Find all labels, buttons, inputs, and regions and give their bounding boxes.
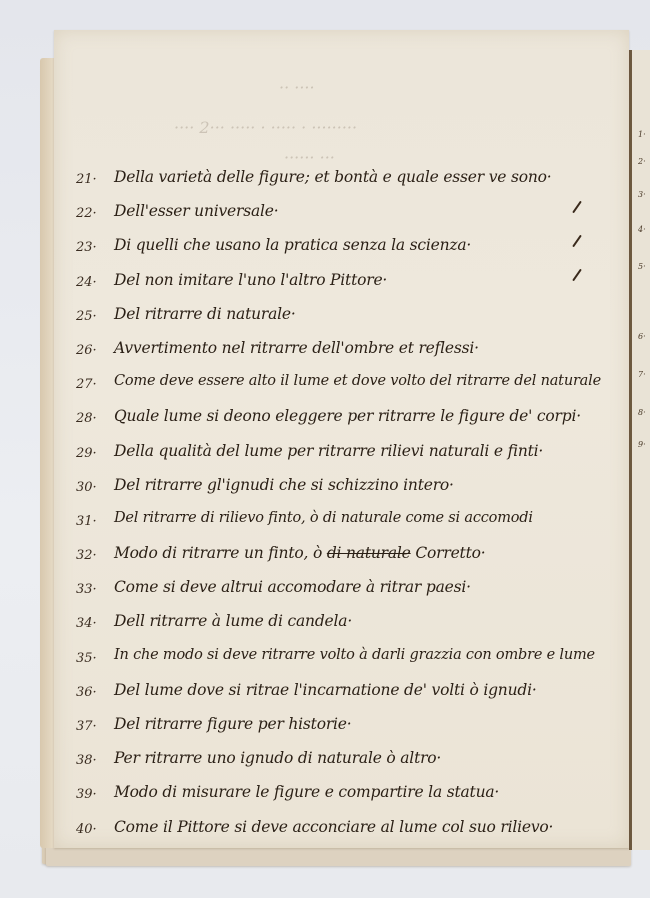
entry-number: 33·: [76, 582, 112, 597]
entry-text: Dell'esser universale·: [114, 202, 278, 220]
margin-number: 6·: [638, 332, 646, 341]
struck-out-text: di naturale: [327, 544, 411, 562]
list-item: 25·Del ritrarre di naturale·: [76, 303, 636, 337]
list-item: 33·Come si deve altrui accomodare à ritr…: [76, 576, 636, 610]
entry-text: Del ritrarre di rilievo finto, ò di natu…: [114, 510, 533, 526]
margin-number: 9·: [638, 440, 646, 449]
chapter-list: 21·Della varietà delle figure; et bontà …: [76, 166, 636, 850]
margin-number: 3·: [638, 190, 646, 199]
entry-number: 24·: [76, 275, 112, 290]
margin-number: 2·: [638, 157, 646, 166]
entry-text: Come il Pittore si deve acconciare al lu…: [114, 818, 553, 836]
entry-number: 37·: [76, 719, 112, 734]
entry-text: Quale lume si deono eleggere per ritrarr…: [114, 407, 581, 425]
entry-text: Come deve essere alto il lume et dove vo…: [114, 373, 601, 389]
entry-text: Modo di misurare le figure e compartire …: [114, 783, 499, 801]
entry-text: Per ritrarre uno ignudo di naturale ò al…: [114, 749, 441, 767]
entry-number: 38·: [76, 753, 112, 768]
bleed-through-text: ···· 2··· ····· · ····· · ·········: [174, 118, 357, 137]
list-item: 29·Della qualità del lume per ritrarre r…: [76, 440, 636, 474]
entry-number: 31·: [76, 514, 112, 529]
entry-number: 36·: [76, 685, 112, 700]
entry-text: Del ritrarre di naturale·: [114, 305, 296, 323]
entry-text-part: Modo di ritrarre un finto, ò: [114, 544, 327, 562]
entry-number: 39·: [76, 787, 112, 802]
entry-text: Del ritrarre figure per historie·: [114, 715, 352, 733]
list-item: 40·Come il Pittore si deve acconciare al…: [76, 816, 636, 850]
entry-number: 32·: [76, 548, 112, 563]
entry-number: 35·: [76, 651, 112, 666]
bleed-through-text: ······ ···: [284, 148, 335, 167]
list-item: 21·Della varietà delle figure; et bontà …: [76, 166, 636, 200]
list-item: 24·Del non imitare l'uno l'altro Pittore…: [76, 269, 636, 303]
list-item: 36·Del lume dove si ritrae l'incarnation…: [76, 679, 636, 713]
list-item: 31·Del ritrarre di rilievo finto, ò di n…: [76, 508, 636, 542]
entry-number: 28·: [76, 411, 112, 426]
entry-number: 23·: [76, 240, 112, 255]
list-item: 34·Dell ritrarre à lume di candela·: [76, 610, 636, 644]
list-item: 32·Modo di ritrarre un finto, ò di natur…: [76, 542, 636, 576]
entry-number: 22·: [76, 206, 112, 221]
list-item: 22·Dell'esser universale·: [76, 200, 636, 234]
entry-number: 27·: [76, 377, 112, 392]
entry-text: Avvertimento nel ritrarre dell'ombre et …: [114, 339, 479, 357]
entry-text-part: Corretto·: [411, 544, 486, 562]
entry-text: In che modo si deve ritrarre volto à dar…: [114, 647, 595, 663]
entry-text: Dell ritrarre à lume di candela·: [114, 612, 352, 630]
entry-text: Del non imitare l'uno l'altro Pittore·: [114, 271, 387, 289]
margin-number: 7·: [638, 370, 646, 379]
list-item: 23·Di quelli che usano la pratica senza …: [76, 234, 636, 268]
entry-number: 26·: [76, 343, 112, 358]
entry-text: Del lume dove si ritrae l'incarnatione d…: [114, 681, 537, 699]
entry-text: Del ritrarre gl'ignudi che si schizzino …: [114, 476, 454, 494]
margin-number: 1·: [638, 130, 646, 139]
list-item: 39·Modo di misurare le figure e comparti…: [76, 781, 636, 815]
list-item: 37·Del ritrarre figure per historie·: [76, 713, 636, 747]
entry-number: 34·: [76, 616, 112, 631]
list-item: 30·Del ritrarre gl'ignudi che si schizzi…: [76, 474, 636, 508]
entry-number: 21·: [76, 172, 112, 187]
list-item: 26·Avvertimento nel ritrarre dell'ombre …: [76, 337, 636, 371]
entry-text: Della varietà delle figure; et bontà e q…: [114, 168, 552, 186]
margin-number: 5·: [638, 262, 646, 271]
list-item: 27·Come deve essere alto il lume et dove…: [76, 371, 636, 405]
entry-number: 40·: [76, 822, 112, 837]
margin-number: 4·: [638, 225, 646, 234]
list-item: 35·In che modo si deve ritrarre volto à …: [76, 645, 636, 679]
list-item: 38·Per ritrarre uno ignudo di naturale ò…: [76, 747, 636, 781]
entry-number: 25·: [76, 309, 112, 324]
bleed-through-text: ·· ····: [279, 78, 315, 97]
entry-text: Come si deve altrui accomodare à ritrar …: [114, 578, 471, 596]
list-item: 28·Quale lume si deono eleggere per ritr…: [76, 405, 636, 439]
entry-text: Modo di ritrarre un finto, ò di naturale…: [114, 544, 485, 562]
entry-number: 29·: [76, 446, 112, 461]
margin-number: 8·: [638, 408, 646, 417]
entry-number: 30·: [76, 480, 112, 495]
entry-text: Di quelli che usano la pratica senza la …: [114, 236, 471, 254]
entry-text: Della qualità del lume per ritrarre rili…: [114, 442, 543, 460]
